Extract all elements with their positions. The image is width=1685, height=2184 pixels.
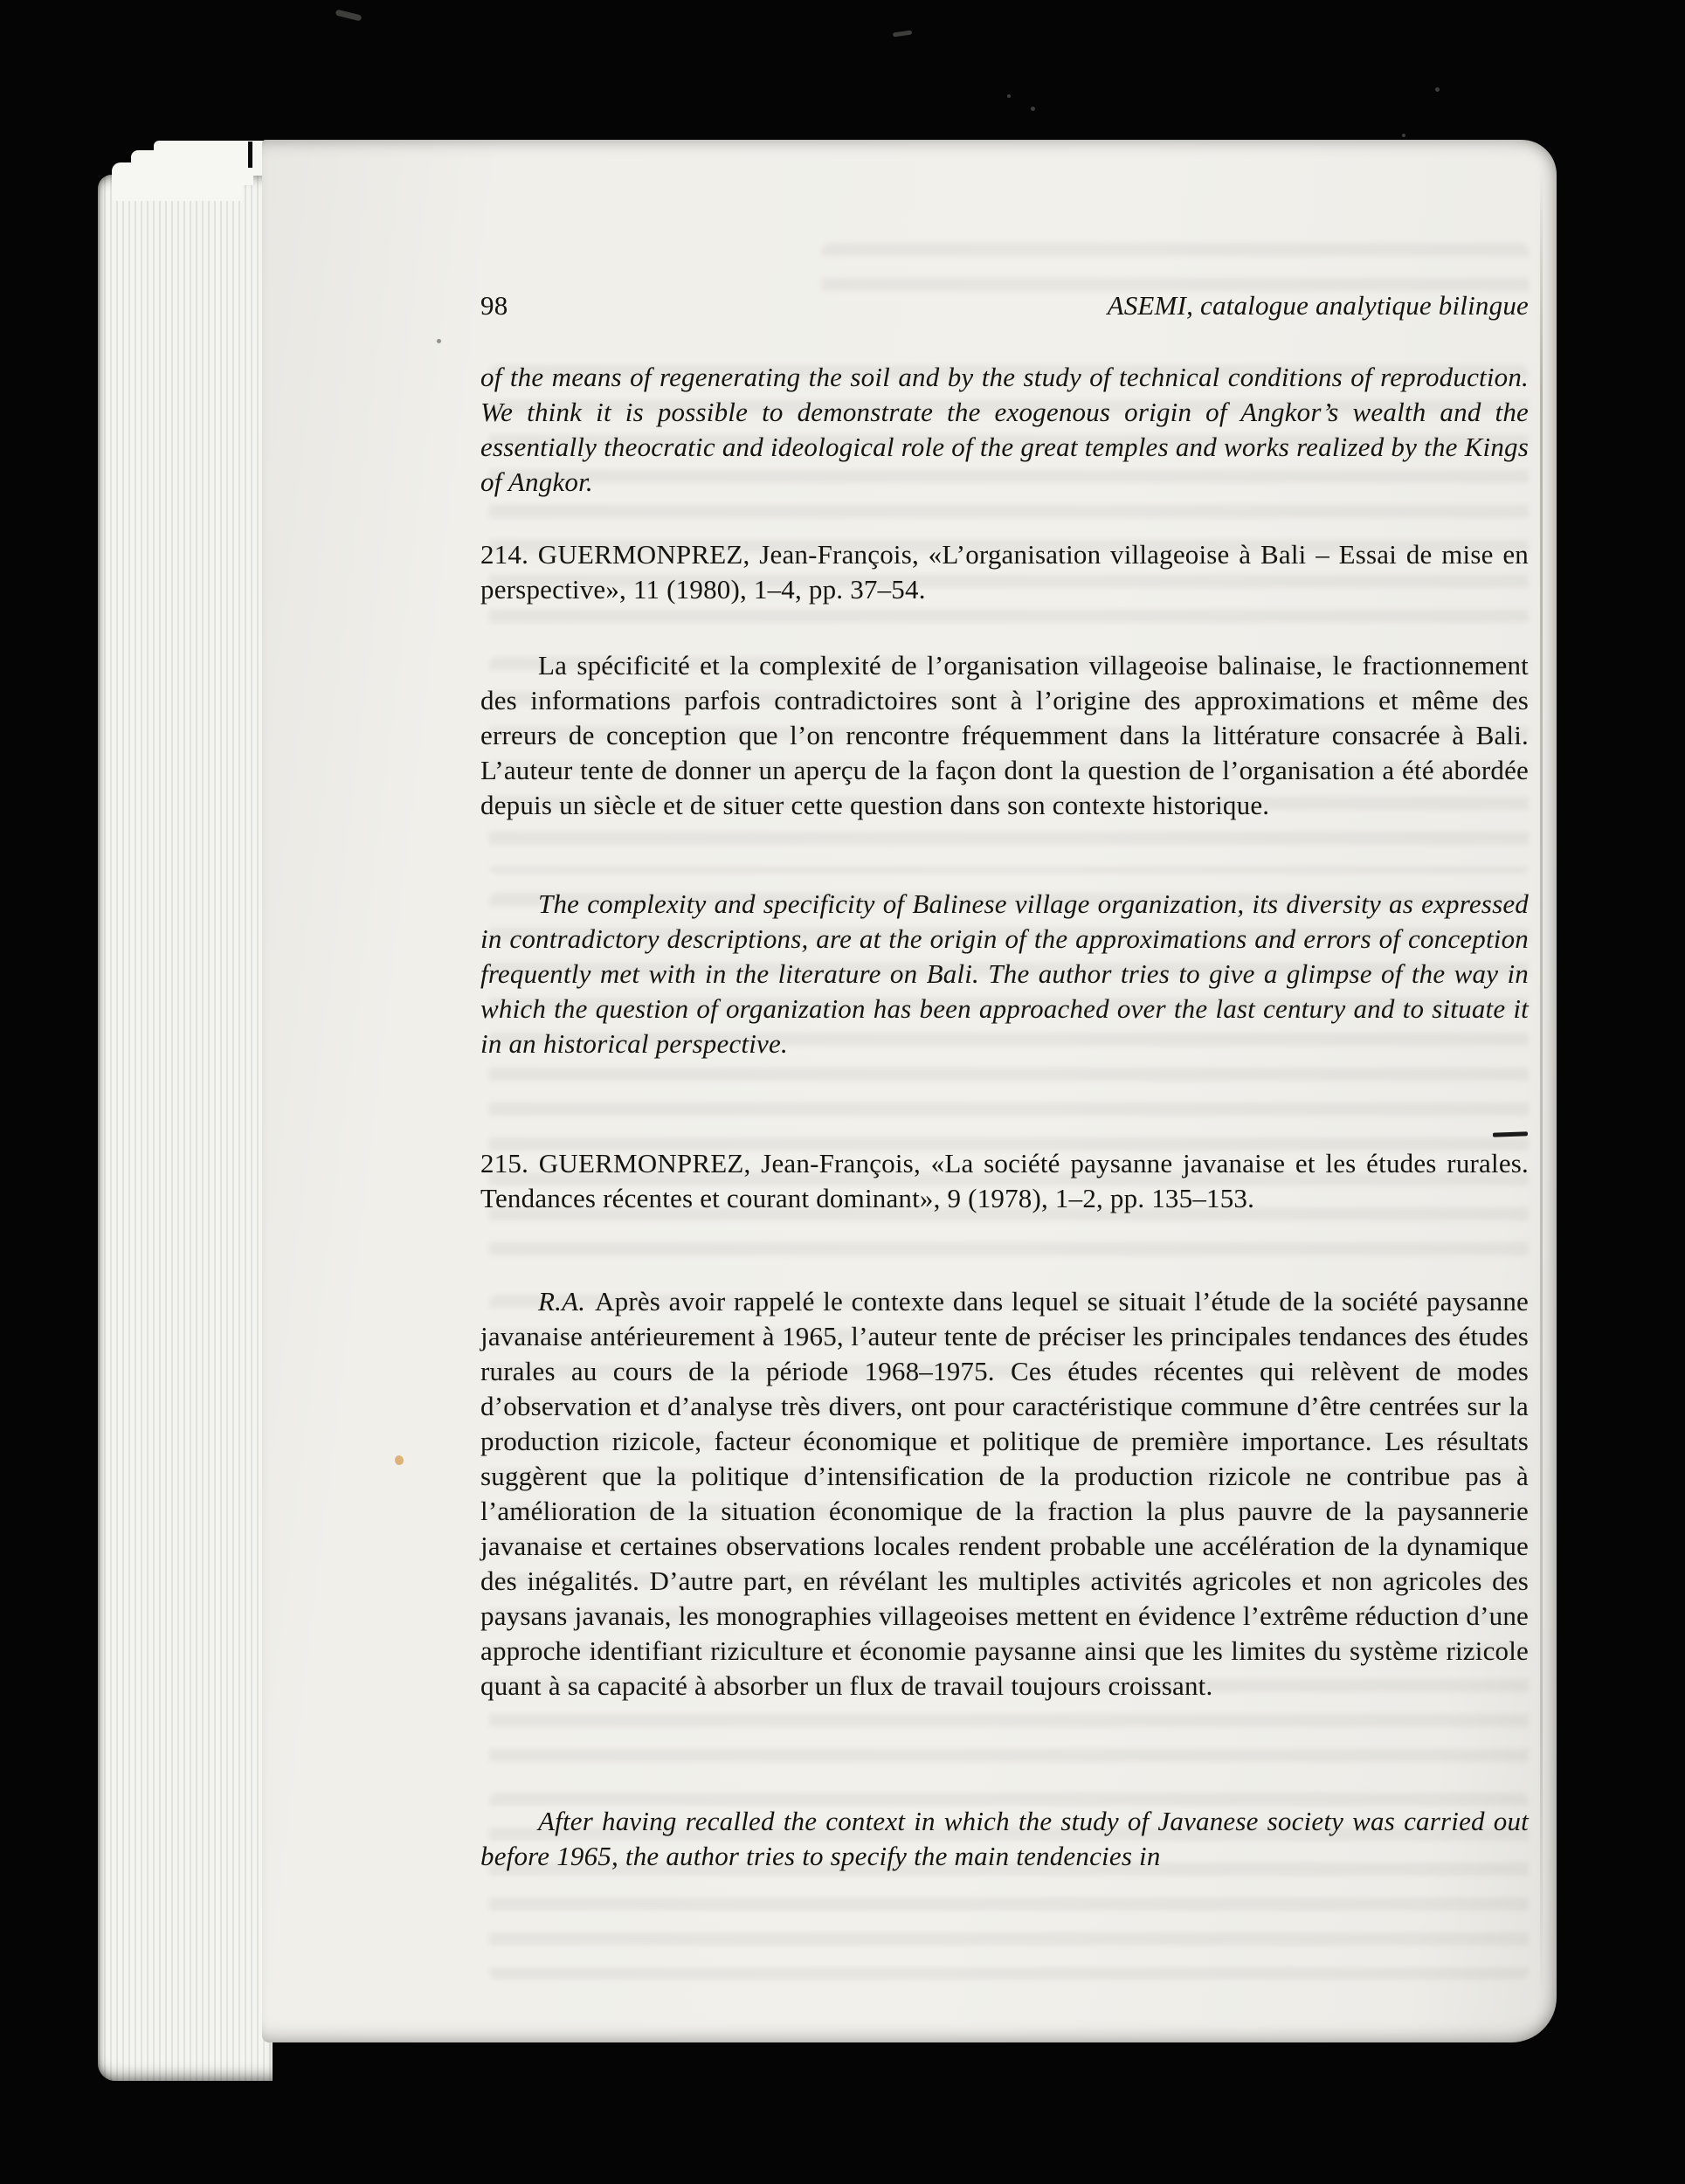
running-head: 98 ASEMI, catalogue analytique bilingue (480, 288, 1529, 323)
entry-215-abstract-french: R.A.Après avoir rappelé le contexte dans… (480, 1284, 1529, 1704)
dust-speck (1031, 107, 1035, 111)
review-author-abbreviation: R.A. (538, 1286, 585, 1317)
entry-215-abstract-english: After having recalled the context in whi… (480, 1804, 1529, 1874)
continuation-paragraph-english: of the means of regenerating the soil an… (480, 360, 1529, 500)
entry-215-heading: 215. GUERMONPREZ, Jean-François, «La soc… (480, 1146, 1529, 1216)
ink-tick-mark (248, 142, 252, 168)
dust-speck (1402, 134, 1405, 137)
scanned-book-photograph: { "colors": { "scanner_background": "#05… (0, 0, 1685, 2184)
dust-speck (335, 9, 363, 21)
dust-speck (893, 30, 912, 37)
orange-paper-speck (395, 1455, 404, 1465)
scanned-page: 98 ASEMI, catalogue analytique bilingue … (262, 140, 1557, 2042)
dust-speck (1435, 87, 1440, 92)
ink-dot-mark (437, 339, 441, 343)
entry-215-abstract-french-body: Après avoir rappelé le contexte dans leq… (480, 1286, 1529, 1701)
page-number: 98 (480, 288, 508, 323)
pen-dash-mark (1493, 1131, 1528, 1137)
running-title: ASEMI, catalogue analytique bilingue (1108, 288, 1529, 323)
dust-speck (1007, 94, 1011, 98)
entry-214-abstract-french: La spécificité et la complexité de l’org… (480, 648, 1529, 823)
entry-214-heading: 214. GUERMONPREZ, Jean-François, «L’orga… (480, 537, 1529, 607)
book-page-edge-stack (98, 175, 273, 2081)
entry-214-abstract-english: The complexity and specificity of Baline… (480, 887, 1529, 1061)
